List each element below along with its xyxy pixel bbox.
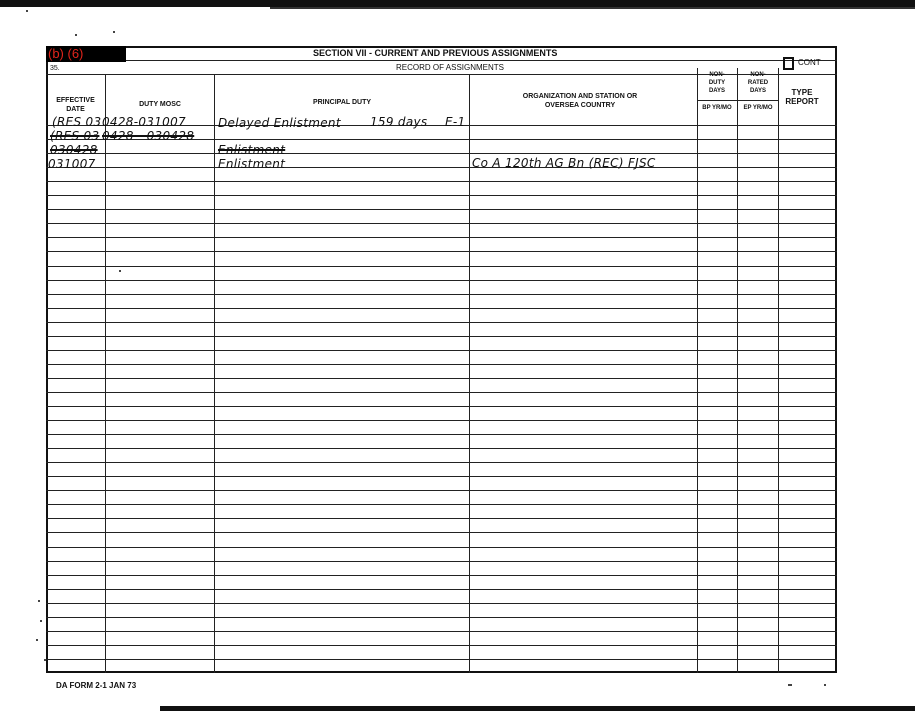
table-row-line	[46, 561, 837, 562]
entry-4-org[interactable]: Co A 120th AG Bn (REC) FJSC	[472, 156, 656, 170]
scan-bottom-edge	[160, 706, 915, 711]
header-duty-mosc: DUTY MOSC	[106, 100, 214, 109]
entry-4-date[interactable]: 031007	[48, 157, 96, 171]
table-row-line	[46, 336, 837, 337]
cont-checkbox[interactable]	[783, 57, 794, 70]
table-row-line	[46, 364, 837, 365]
table-row-line	[46, 617, 837, 618]
entry-2-date[interactable]: (RES 03	[50, 129, 99, 143]
section-title: SECTION VII - CURRENT AND PREVIOUS ASSIG…	[313, 48, 557, 58]
table-row-line	[46, 448, 837, 449]
table-row-line	[46, 378, 837, 379]
table-row-line	[46, 434, 837, 435]
col-divider-mosc	[214, 74, 215, 673]
table-row-line	[46, 406, 837, 407]
item-number: 35.	[50, 65, 60, 72]
table-row-line	[46, 490, 837, 491]
scan-speck	[26, 10, 28, 12]
table-row-line	[46, 603, 837, 604]
table-row-line	[46, 532, 837, 533]
table-row-line	[46, 181, 837, 182]
header-principal-duty: PRINCIPAL DUTY	[215, 98, 469, 107]
table-row-line	[46, 266, 837, 267]
table-row-line	[46, 153, 837, 154]
table-row-line	[46, 547, 837, 548]
entry-1-date[interactable]: (RES 03	[52, 115, 101, 129]
table-row-line	[46, 589, 837, 590]
table-row-line	[46, 392, 837, 393]
table-row-line	[46, 209, 837, 210]
scan-speck	[113, 31, 115, 33]
entry-2-mosc[interactable]: 0428 - 030428	[102, 129, 194, 143]
table-row-line	[46, 308, 837, 309]
table-row-line	[46, 251, 837, 252]
header-ep: EP YR/MO	[741, 104, 775, 112]
scan-top-edge	[0, 0, 915, 7]
header-organization: ORGANIZATION AND STATION OR OVERSEA COUN…	[505, 92, 655, 110]
header-non-rated-days: NON- RATED DAYS	[742, 71, 774, 95]
table-row-line	[46, 237, 837, 238]
scan-speck	[788, 684, 792, 686]
scan-speck	[40, 620, 42, 622]
table-row-line	[46, 659, 837, 660]
entry-3-duty[interactable]: Enlistment	[218, 143, 285, 157]
cont-label: CONT	[798, 58, 821, 67]
redaction-box: (b) (6)	[46, 46, 126, 62]
table-row-line	[46, 167, 837, 168]
entry-3-date[interactable]: 030428	[50, 143, 98, 157]
table-row-line	[46, 294, 837, 295]
entry-1-duty[interactable]: Delayed Enlistment	[218, 116, 341, 130]
table-row-line	[46, 504, 837, 505]
col-divider-nrd	[778, 68, 779, 673]
table-row-line	[46, 645, 837, 646]
scan-speck	[36, 639, 38, 641]
entry-1-mosc[interactable]: 0428-031007	[102, 115, 186, 129]
table-row-line	[46, 223, 837, 224]
table-row-line	[46, 631, 837, 632]
entry-1-days[interactable]: 159 days	[370, 115, 427, 129]
scan-speck	[38, 600, 40, 602]
table-row-line	[46, 476, 837, 477]
record-title: RECORD OF ASSIGNMENTS	[396, 63, 504, 72]
header-type-report: TYPE REPORT	[784, 88, 820, 106]
form-id-footer: DA FORM 2-1 JAN 73	[56, 681, 136, 690]
header-non-duty-days: NON- DUTY DAYS	[702, 71, 732, 95]
table-row-line	[46, 420, 837, 421]
table-row-line	[46, 518, 837, 519]
table-row-line	[46, 322, 837, 323]
table-row-line	[46, 195, 837, 196]
entry-1-grade[interactable]: E-1	[445, 115, 465, 129]
table-row-line	[46, 575, 837, 576]
table-row-line	[46, 280, 837, 281]
scan-speck	[824, 684, 826, 686]
table-row-line	[46, 462, 837, 463]
col-divider-ndd	[737, 68, 738, 673]
col-divider-org	[697, 68, 698, 673]
col-divider-date	[105, 74, 106, 673]
header-bp: BP YR/MO	[701, 104, 733, 112]
header-effective-date: EFFECTIVE DATE	[48, 96, 103, 114]
section-title-divider	[46, 60, 837, 61]
scan-speck	[75, 34, 77, 36]
col-divider-duty	[469, 74, 470, 673]
table-row-line	[46, 350, 837, 351]
entry-4-duty[interactable]: Enlistment	[218, 157, 285, 171]
scan-top-edge-shadow	[270, 7, 915, 9]
